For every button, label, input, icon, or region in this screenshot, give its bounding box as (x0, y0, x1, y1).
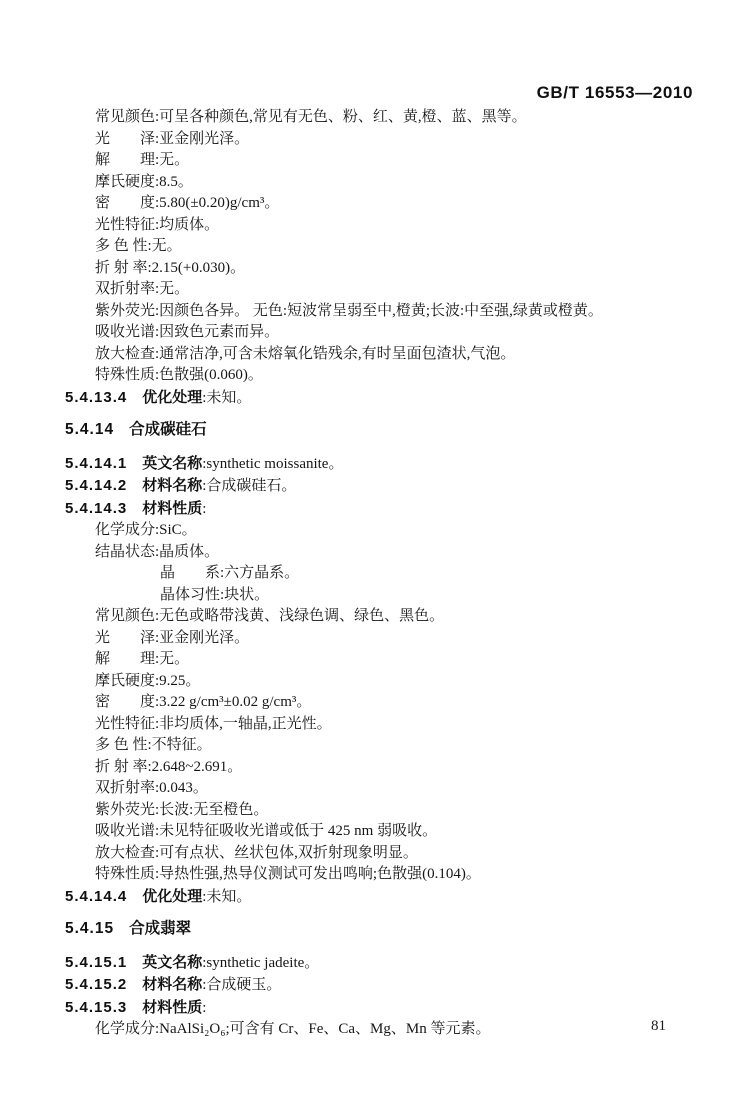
clause-title: 英文名称 (142, 455, 202, 472)
text-line: 晶体习性:块状。 (65, 585, 677, 607)
clause-line: 5.4.14.1英文名称:synthetic moissanite。 (65, 453, 677, 476)
clause-title: 材料名称 (142, 976, 202, 993)
clause-title: 材料性质 (142, 999, 202, 1016)
page-number: 81 (651, 1018, 666, 1035)
text-line: 密 度:5.80(±0.20)g/cm³。 (65, 193, 677, 215)
text-line: 特殊性质:色散强(0.060)。 (65, 365, 677, 387)
line-text: 光性特征:均质体。 (95, 217, 219, 233)
text-line: 放大检查:通常洁净,可含未熔氧化锆残余,有时呈面包渣状,气泡。 (65, 344, 677, 366)
line-text: 光 泽:亚金刚光泽。 (95, 131, 249, 147)
clause-title: 优化处理 (142, 888, 202, 905)
clause-text: :未知。 (202, 390, 251, 406)
text-line: 解 理:无。 (65, 150, 677, 172)
line-text: 多 色 性:无。 (95, 238, 182, 254)
clause-number: 5.4.15.2 (65, 976, 127, 993)
line-text: 特殊性质:色散强(0.060)。 (95, 367, 263, 383)
clause-text: :未知。 (202, 889, 251, 905)
scanned-standard-page: GB/T 16553—2010 常见颜色:可呈各种颜色,常见有无色、粉、红、黄,… (0, 0, 750, 1095)
clause-number: 5.4.15.1 (65, 954, 127, 971)
clause-number: 5.4.14.2 (65, 477, 127, 494)
line-text: 吸收光谱:因致色元素而异。 (95, 324, 279, 340)
line-text: 摩氏硬度:8.5。 (95, 174, 193, 190)
text-line: 常见颜色:可呈各种颜色,常见有无色、粉、红、黄,橙、蓝、黑等。 (65, 107, 677, 129)
text-line: 常见颜色:无色或略带浅黄、浅绿色调、绿色、黑色。 (65, 606, 677, 628)
clause-line: 5.4.15.2材料名称:合成硬玉。 (65, 974, 677, 997)
line-text: 化学成分:NaAlSi₂O₆;可含有 Cr、Fe、Ca、Mg、Mn 等元素。 (95, 1021, 490, 1037)
line-text: 双折射率:无。 (95, 281, 189, 297)
line-text: 折 射 率:2.15(+0.030)。 (95, 260, 245, 276)
line-text: 放大检查:通常洁净,可含未熔氧化锆残余,有时呈面包渣状,气泡。 (95, 346, 515, 362)
section-title: 合成翡翠 (129, 920, 191, 937)
clause-text: :合成硬玉。 (202, 977, 281, 993)
line-text: 密 度:3.22 g/cm³±0.02 g/cm³。 (95, 694, 311, 710)
clause-text: : (202, 501, 206, 517)
text-line: 摩氏硬度:8.5。 (65, 172, 677, 194)
line-text: 紫外荧光:长波:无至橙色。 (95, 802, 268, 818)
line-text: 晶体习性:块状。 (160, 587, 269, 603)
clause-title: 优化处理 (142, 389, 202, 406)
clause-text: :合成碳硅石。 (202, 478, 296, 494)
clause-line: 5.4.14.3材料性质: (65, 498, 677, 521)
text-line: 双折射率:无。 (65, 279, 677, 301)
section-heading: 5.4.15合成翡翠 (65, 918, 677, 940)
text-line: 双折射率:0.043。 (65, 778, 677, 800)
section-number: 5.4.14 (65, 421, 114, 438)
text-line: 吸收光谱:未见特征吸收光谱或低于 425 nm 弱吸收。 (65, 821, 677, 843)
document-body: 常见颜色:可呈各种颜色,常见有无色、粉、红、黄,橙、蓝、黑等。光 泽:亚金刚光泽… (65, 107, 677, 1041)
clause-line: 5.4.15.1英文名称:synthetic jadeite。 (65, 952, 677, 975)
line-text: 解 理:无。 (95, 152, 189, 168)
text-line: 紫外荧光:长波:无至橙色。 (65, 800, 677, 822)
clause-line: 5.4.14.4优化处理:未知。 (65, 886, 677, 909)
clause-number: 5.4.15.3 (65, 999, 127, 1016)
text-line: 紫外荧光:因颜色各异。 无色:短波常呈弱至中,橙黄;长波:中至强,绿黄或橙黄。 (65, 301, 677, 323)
clause-text: : (202, 1000, 206, 1016)
clause-number: 5.4.14.3 (65, 500, 127, 517)
line-text: 化学成分:SiC。 (95, 522, 197, 538)
text-line: 折 射 率:2.15(+0.030)。 (65, 258, 677, 280)
clause-title: 材料名称 (142, 477, 202, 494)
text-line: 特殊性质:导热性强,热导仪测试可发出鸣响;色散强(0.104)。 (65, 864, 677, 886)
text-line: 摩氏硬度:9.25。 (65, 671, 677, 693)
line-text: 紫外荧光:因颜色各异。 无色:短波常呈弱至中,橙黄;长波:中至强,绿黄或橙黄。 (95, 303, 603, 319)
text-line: 吸收光谱:因致色元素而异。 (65, 322, 677, 344)
line-text: 常见颜色:可呈各种颜色,常见有无色、粉、红、黄,橙、蓝、黑等。 (95, 109, 527, 125)
line-text: 晶 系:六方晶系。 (160, 565, 299, 581)
line-text: 常见颜色:无色或略带浅黄、浅绿色调、绿色、黑色。 (95, 608, 444, 624)
clause-line: 5.4.14.2材料名称:合成碳硅石。 (65, 475, 677, 498)
line-text: 折 射 率:2.648~2.691。 (95, 759, 242, 775)
text-line: 密 度:3.22 g/cm³±0.02 g/cm³。 (65, 692, 677, 714)
line-text: 结晶状态:晶质体。 (95, 544, 219, 560)
text-line: 光 泽:亚金刚光泽。 (65, 129, 677, 151)
text-line: 放大检查:可有点状、丝状包体,双折射现象明显。 (65, 843, 677, 865)
section-number: 5.4.15 (65, 920, 114, 937)
clause-title: 材料性质 (142, 500, 202, 517)
clause-number: 5.4.14.4 (65, 888, 127, 905)
standard-number-header: GB/T 16553—2010 (537, 83, 693, 103)
line-text: 放大检查:可有点状、丝状包体,双折射现象明显。 (95, 845, 418, 861)
clause-number: 5.4.13.4 (65, 389, 127, 406)
clause-line: 5.4.13.4优化处理:未知。 (65, 387, 677, 410)
document-lines: 常见颜色:可呈各种颜色,常见有无色、粉、红、黄,橙、蓝、黑等。光 泽:亚金刚光泽… (65, 107, 677, 1041)
text-line: 化学成分:SiC。 (65, 520, 677, 542)
text-line: 折 射 率:2.648~2.691。 (65, 757, 677, 779)
line-text: 双折射率:0.043。 (95, 780, 208, 796)
text-line: 光 泽:亚金刚光泽。 (65, 628, 677, 650)
line-text: 光 泽:亚金刚光泽。 (95, 630, 249, 646)
clause-line: 5.4.15.3材料性质: (65, 997, 677, 1020)
line-text: 吸收光谱:未见特征吸收光谱或低于 425 nm 弱吸收。 (95, 823, 437, 839)
section-heading: 5.4.14合成碳硅石 (65, 419, 677, 441)
line-text: 光性特征:非均质体,一轴晶,正光性。 (95, 716, 332, 732)
text-line: 化学成分:NaAlSi₂O₆;可含有 Cr、Fe、Ca、Mg、Mn 等元素。 (65, 1019, 677, 1041)
line-text: 密 度:5.80(±0.20)g/cm³。 (95, 195, 279, 211)
clause-number: 5.4.14.1 (65, 455, 127, 472)
line-text: 特殊性质:导热性强,热导仪测试可发出鸣响;色散强(0.104)。 (95, 866, 481, 882)
text-line: 多 色 性:不特征。 (65, 735, 677, 757)
clause-text: :synthetic moissanite。 (202, 456, 343, 472)
section-title: 合成碳硅石 (129, 421, 207, 438)
line-text: 摩氏硬度:9.25。 (95, 673, 200, 689)
line-text: 多 色 性:不特征。 (95, 737, 212, 753)
text-line: 多 色 性:无。 (65, 236, 677, 258)
clause-title: 英文名称 (142, 954, 202, 971)
text-line: 解 理:无。 (65, 649, 677, 671)
text-line: 结晶状态:晶质体。 (65, 542, 677, 564)
clause-text: :synthetic jadeite。 (202, 955, 319, 971)
text-line: 晶 系:六方晶系。 (65, 563, 677, 585)
text-line: 光性特征:均质体。 (65, 215, 677, 237)
text-line: 光性特征:非均质体,一轴晶,正光性。 (65, 714, 677, 736)
line-text: 解 理:无。 (95, 651, 189, 667)
